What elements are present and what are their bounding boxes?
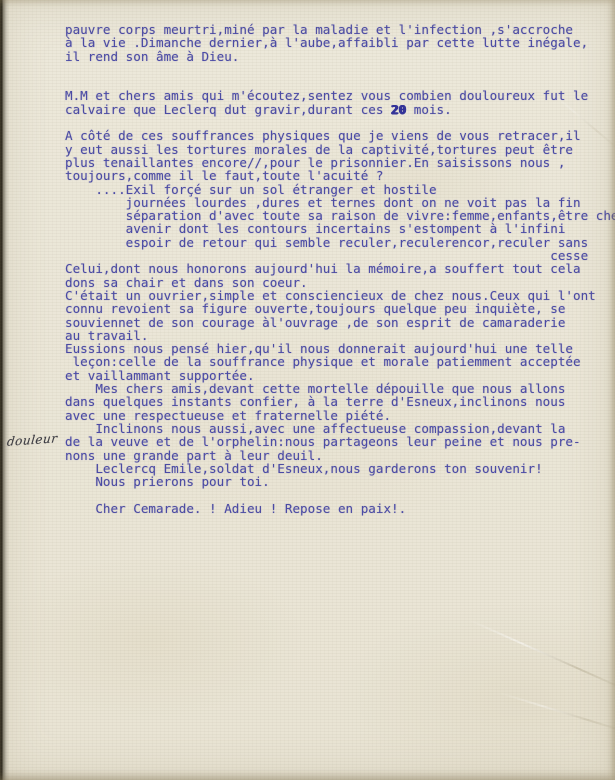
typed-line: Eussions nous pensé hier,qu'il nous donn… — [65, 342, 615, 355]
typed-line: A côté de ces souffrances physiques que … — [65, 129, 615, 142]
typed-line: à la vie .Dimanche dernier,à l'aube,affa… — [65, 36, 615, 49]
page-left-edge — [0, 0, 9, 780]
typed-line: de la veuve et de l'orphelin:nous partag… — [65, 435, 615, 448]
typed-line: Inclinons nous aussi,avec une affectueus… — [65, 422, 615, 435]
typed-line: leçon:celle de la souffrance physique et… — [65, 355, 615, 368]
typed-line: espoir de retour qui semble reculer,recu… — [65, 236, 615, 249]
typed-line: avenir dont les contours incertains s'es… — [65, 222, 615, 235]
typed-text-body: pauvre corps meurtri,miné par la maladie… — [65, 23, 615, 515]
typed-line: Nous prierons pour toi. — [65, 475, 615, 488]
typed-line: séparation d'avec toute sa raison de viv… — [65, 209, 615, 222]
paper-crease — [498, 692, 615, 735]
typed-line: nons une grande part à leur deuil. — [65, 449, 615, 462]
typed-line: C'était un ouvrier,simple et consciencie… — [65, 289, 615, 302]
typed-line: et vaillammant supportée. — [65, 369, 615, 382]
typed-line: dons sa chair et dans son coeur. — [65, 276, 615, 289]
typed-line — [65, 76, 615, 89]
typed-line: Cher Cemarade. ! Adieu ! Repose en paix!… — [65, 502, 615, 515]
typed-line: ....Exil forçé sur un sol étranger et ho… — [65, 183, 615, 196]
overstruck-number: 20 — [391, 102, 406, 117]
typed-line: cesse — [65, 249, 615, 262]
paper-crease — [467, 618, 615, 693]
typed-line: souviennet de son courage àl'ouvrage ,de… — [65, 316, 615, 329]
typed-line: pauvre corps meurtri,miné par la maladie… — [65, 23, 615, 36]
typed-line: Mes chers amis,devant cette mortelle dép… — [65, 382, 615, 395]
typed-line: Celui,dont nous honorons aujourd'hui la … — [65, 262, 615, 275]
typed-line: M.M et chers amis qui m'écoutez,sentez v… — [65, 89, 615, 102]
document-page: douleur pauvre corps meurtri,miné par la… — [0, 0, 615, 780]
typed-line: il rend son âme à Dieu. — [65, 50, 615, 63]
typed-line: toujours,comme il le faut,toute l'acuité… — [65, 169, 615, 182]
typed-line: plus tenaillantes encore//,pour le priso… — [65, 156, 615, 169]
typed-line — [65, 488, 615, 501]
typed-line — [65, 116, 615, 129]
typed-line: y eut aussi les tortures morales de la c… — [65, 143, 615, 156]
typed-line: au travail. — [65, 329, 615, 342]
typed-line: calvaire que Leclerq dut gravir,durant c… — [65, 103, 615, 116]
typed-line: dans quelques instants confier, à la ter… — [65, 395, 615, 408]
typed-line: Leclercq Emile,soldat d'Esneux,nous gard… — [65, 462, 615, 475]
typed-line: connu revoient sa figure ouverte,toujour… — [65, 302, 615, 315]
typed-line: avec une respectueuse et fraternelle pié… — [65, 409, 615, 422]
typed-line: journées lourdes ,dures et ternes dont o… — [65, 196, 615, 209]
typed-line — [65, 63, 615, 76]
handwritten-margin-note: douleur — [6, 431, 58, 449]
